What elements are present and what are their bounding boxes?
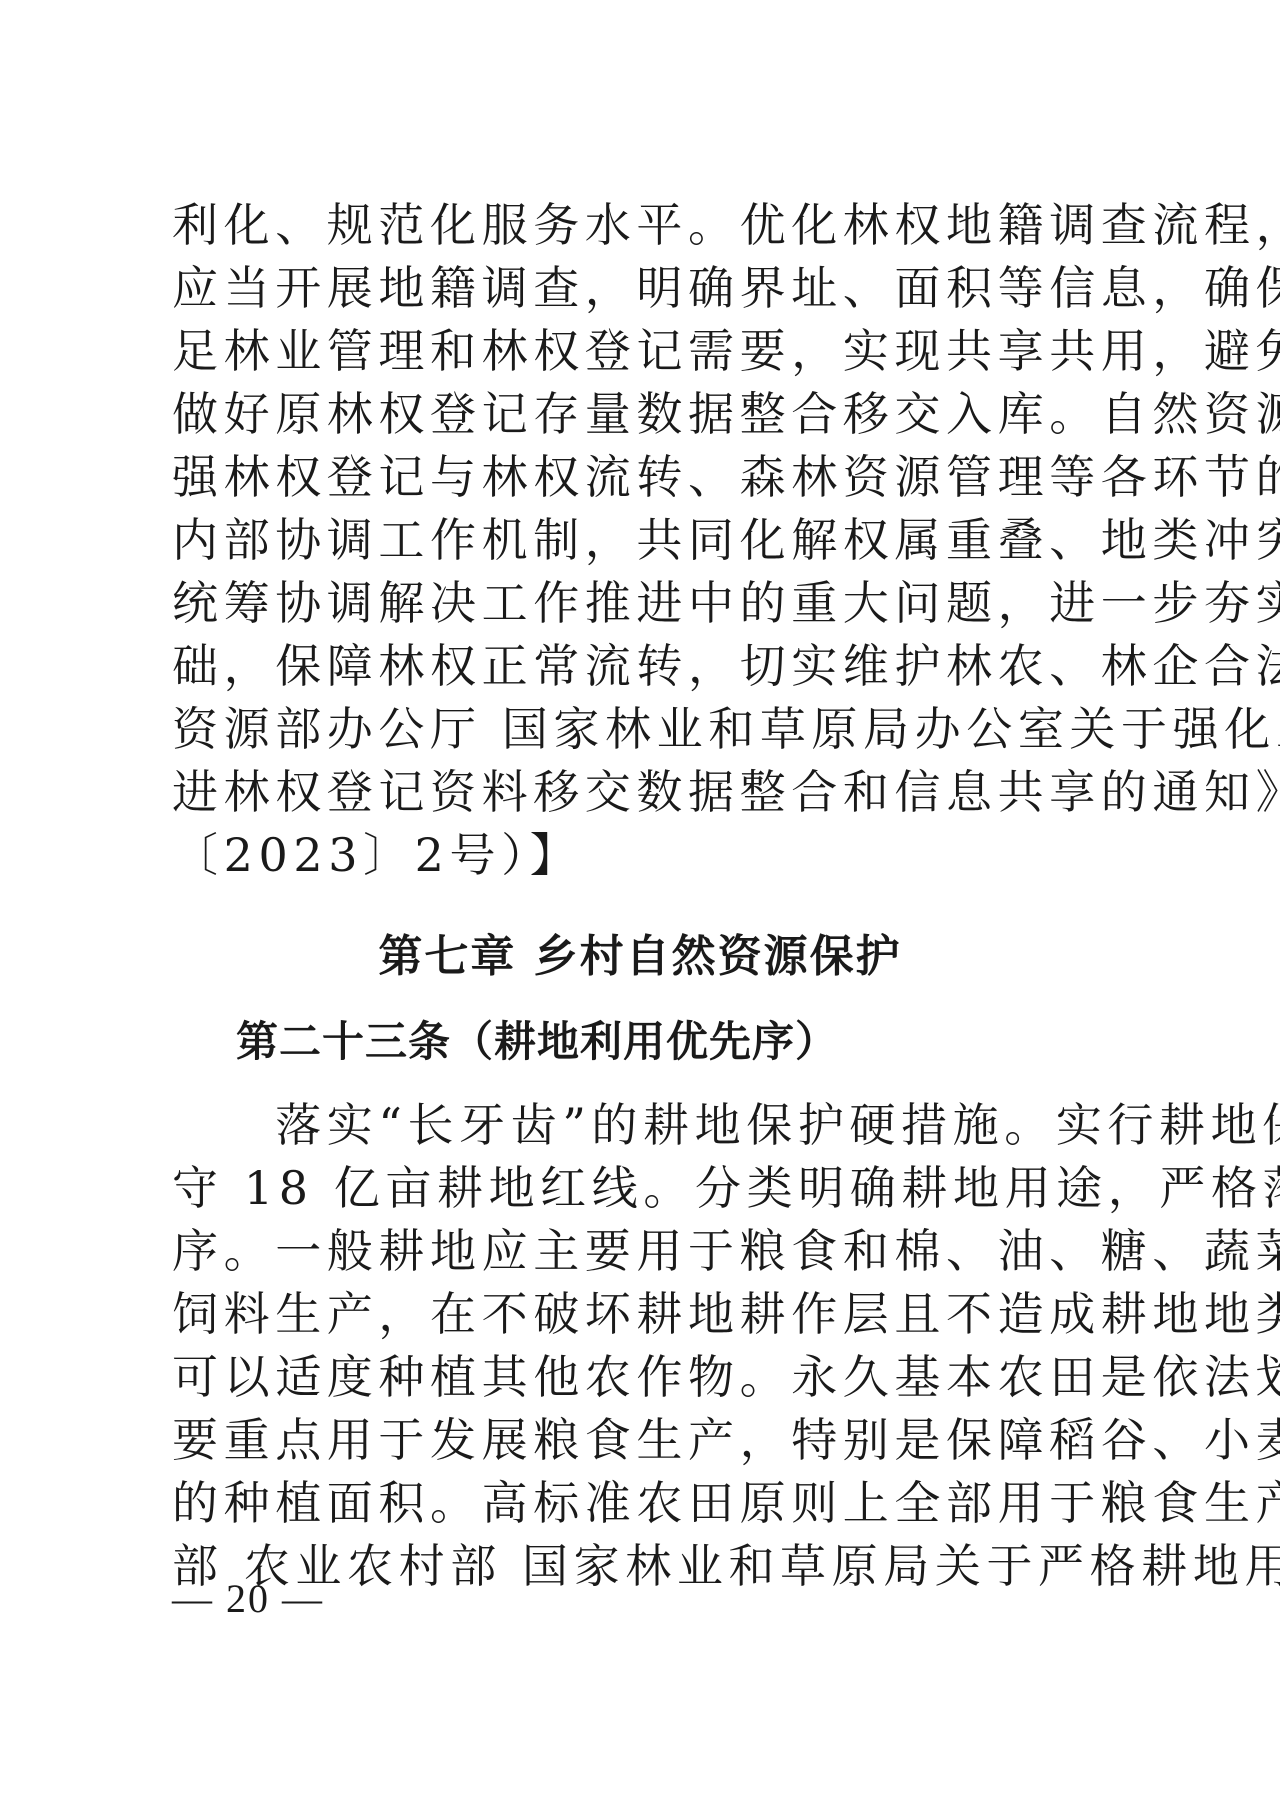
- paragraph-line: 做好原林权登记存量数据整合移交入库。自然资源和林草部门要加: [172, 382, 1112, 446]
- paragraph-line: 进林权登记资料移交数据整合和信息共享的通知》（自然资办发: [172, 760, 1112, 824]
- paragraph-line: 序。一般耕地应主要用于粮食和棉、油、糖、蔬菜等农产品及饲草: [172, 1219, 1112, 1283]
- paragraph-line: 强林权登记与林权流转、森林资源管理等各环节的工作衔接，建立: [172, 445, 1112, 509]
- paragraph-line: 要重点用于发展粮食生产，特别是保障稻谷、小麦、玉米三大谷物: [172, 1408, 1112, 1472]
- paragraph-line: 守 18 亿亩耕地红线。分类明确耕地用途，严格落实耕地利用优先: [172, 1156, 1112, 1220]
- paragraph-line: 饲料生产，在不破坏耕地耕作层且不造成耕地地类改变的前提下，: [172, 1282, 1112, 1346]
- paragraph-line: 统筹协调解决工作推进中的重大问题，进一步夯实林权登记工作基: [172, 571, 1112, 635]
- paragraph-line: 落实“长牙齿”的耕地保护硬措施。实行耕地保护党政同责，严: [172, 1093, 1112, 1157]
- paragraph-line: 可以适度种植其他农作物。永久基本农田是依法划定的优质耕地，: [172, 1345, 1112, 1409]
- article-title: 第二十三条（耕地利用优先序）: [236, 1010, 838, 1074]
- paragraph-line: 内部协调工作机制，共同化解权属重叠、地类冲突等历史遗留问题，: [172, 508, 1112, 572]
- paragraph-line: 利化、规范化服务水平。优化林权地籍调查流程，林权合同签订前，: [172, 193, 1112, 257]
- paragraph-line: 应当开展地籍调查，明确界址、面积等信息，确保地籍调查成果满: [172, 256, 1112, 320]
- paragraph-line: 足林业管理和林权登记需要，实现共享共用，避免重复调查。共同: [172, 319, 1112, 383]
- document-page: 利化、规范化服务水平。优化林权地籍调查流程，林权合同签订前， 应当开展地籍调查，…: [0, 0, 1280, 1810]
- paragraph-line: 资源部办公厅 国家林业和草原局办公室关于强化业务协同加快推: [172, 697, 1112, 761]
- paragraph-line: 〔2023〕2号）】: [172, 823, 1112, 887]
- paragraph-line: 础，保障林权正常流转，切实维护林农、林企合法权益。【《自然: [172, 634, 1112, 698]
- page-number: — 20 —: [172, 1574, 324, 1624]
- paragraph-line: 的种植面积。高标准农田原则上全部用于粮食生产。【《自然资源: [172, 1471, 1112, 1535]
- chapter-title: 第七章 乡村自然资源保护: [0, 925, 1280, 989]
